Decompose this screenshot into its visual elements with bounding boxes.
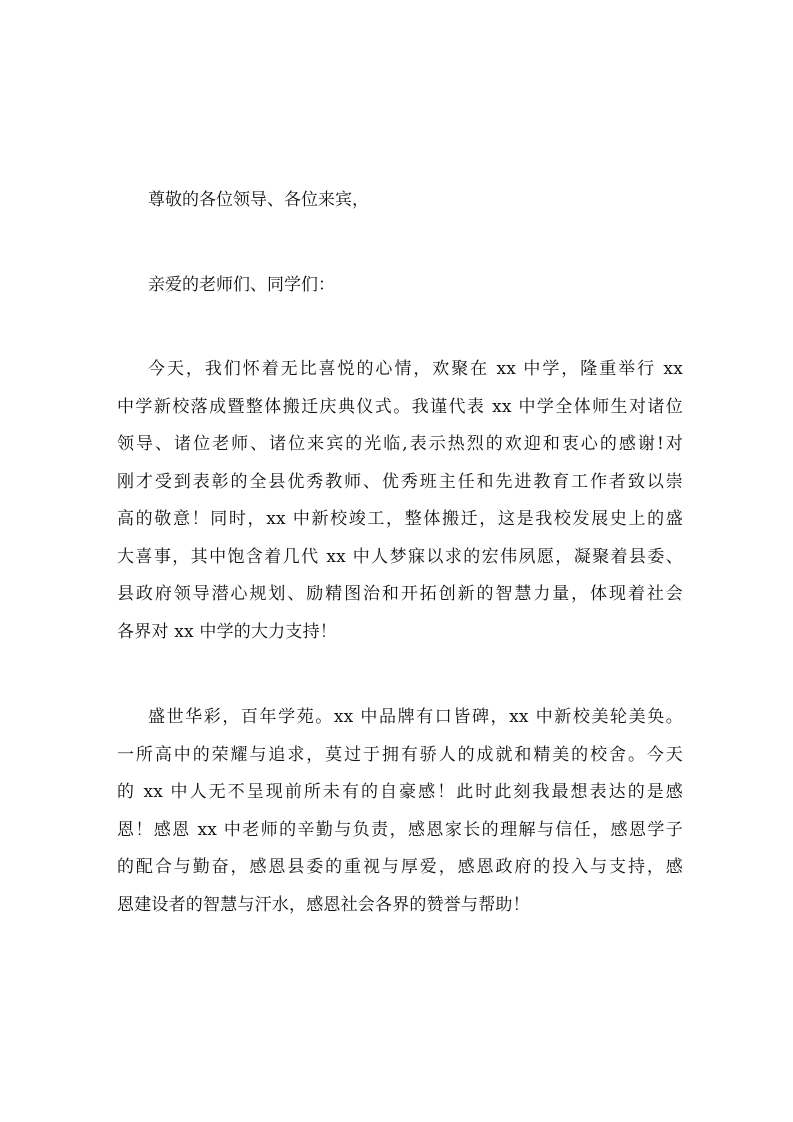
- paragraph-line: 各界对 xx 中学的大力支持！: [117, 614, 683, 652]
- paragraph-line: 大喜事，其中饱含着几代 xx 中人梦寐以求的宏伟夙愿，凝聚着县委、: [117, 539, 683, 577]
- paragraph-line: 恩建设者的智慧与汗水，感恩社会各界的赞誉与帮助！: [117, 887, 683, 925]
- paragraph-line: 恩！感恩 xx 中老师的辛勤与负责，感恩家长的理解与信任，感恩学子: [117, 812, 683, 850]
- paragraph-line: 刚才受到表彰的全县优秀教师、优秀班主任和先进教育工作者致以崇: [117, 464, 683, 502]
- paragraph-line: 领导、诸位老师、诸位来宾的光临,表示热烈的欢迎和衷心的感谢!对: [117, 426, 683, 464]
- paragraph-line: 一所高中的荣耀与追求，莫过于拥有骄人的成就和精美的校舍。今天: [117, 737, 683, 775]
- paragraph-line: 盛世华彩，百年学苑。xx 中品牌有口皆碑，xx 中新校美轮美奂。: [117, 699, 683, 737]
- paragraph-opening: 今天，我们怀着无比喜悦的心情，欢聚在 xx 中学，隆重举行 xx 中学新校落成暨…: [117, 351, 683, 651]
- paragraph-line: 的配合与勤奋，感恩县委的重视与厚爱，感恩政府的投入与支持，感: [117, 849, 683, 887]
- paragraph-line: 今天，我们怀着无比喜悦的心情，欢聚在 xx 中学，隆重举行 xx: [117, 351, 683, 389]
- paragraph-gratitude: 盛世华彩，百年学苑。xx 中品牌有口皆碑，xx 中新校美轮美奂。 一所高中的荣耀…: [117, 699, 683, 924]
- paragraph-line: 中学新校落成暨整体搬迁庆典仪式。我谨代表 xx 中学全体师生对诸位: [117, 389, 683, 427]
- paragraph-line: 县政府领导潜心规划、励精图治和开拓创新的智慧力量，体现着社会: [117, 576, 683, 614]
- salutation-teachers-students: 亲爱的老师们、同学们：: [148, 274, 335, 296]
- paragraph-line: 高的敬意！同时，xx 中新校竣工，整体搬迁，这是我校发展史上的盛: [117, 501, 683, 539]
- salutation-leaders: 尊敬的各位领导、各位来宾，: [148, 189, 369, 211]
- paragraph-line: 的 xx 中人无不呈现前所未有的自豪感！此时此刻我最想表达的是感: [117, 774, 683, 812]
